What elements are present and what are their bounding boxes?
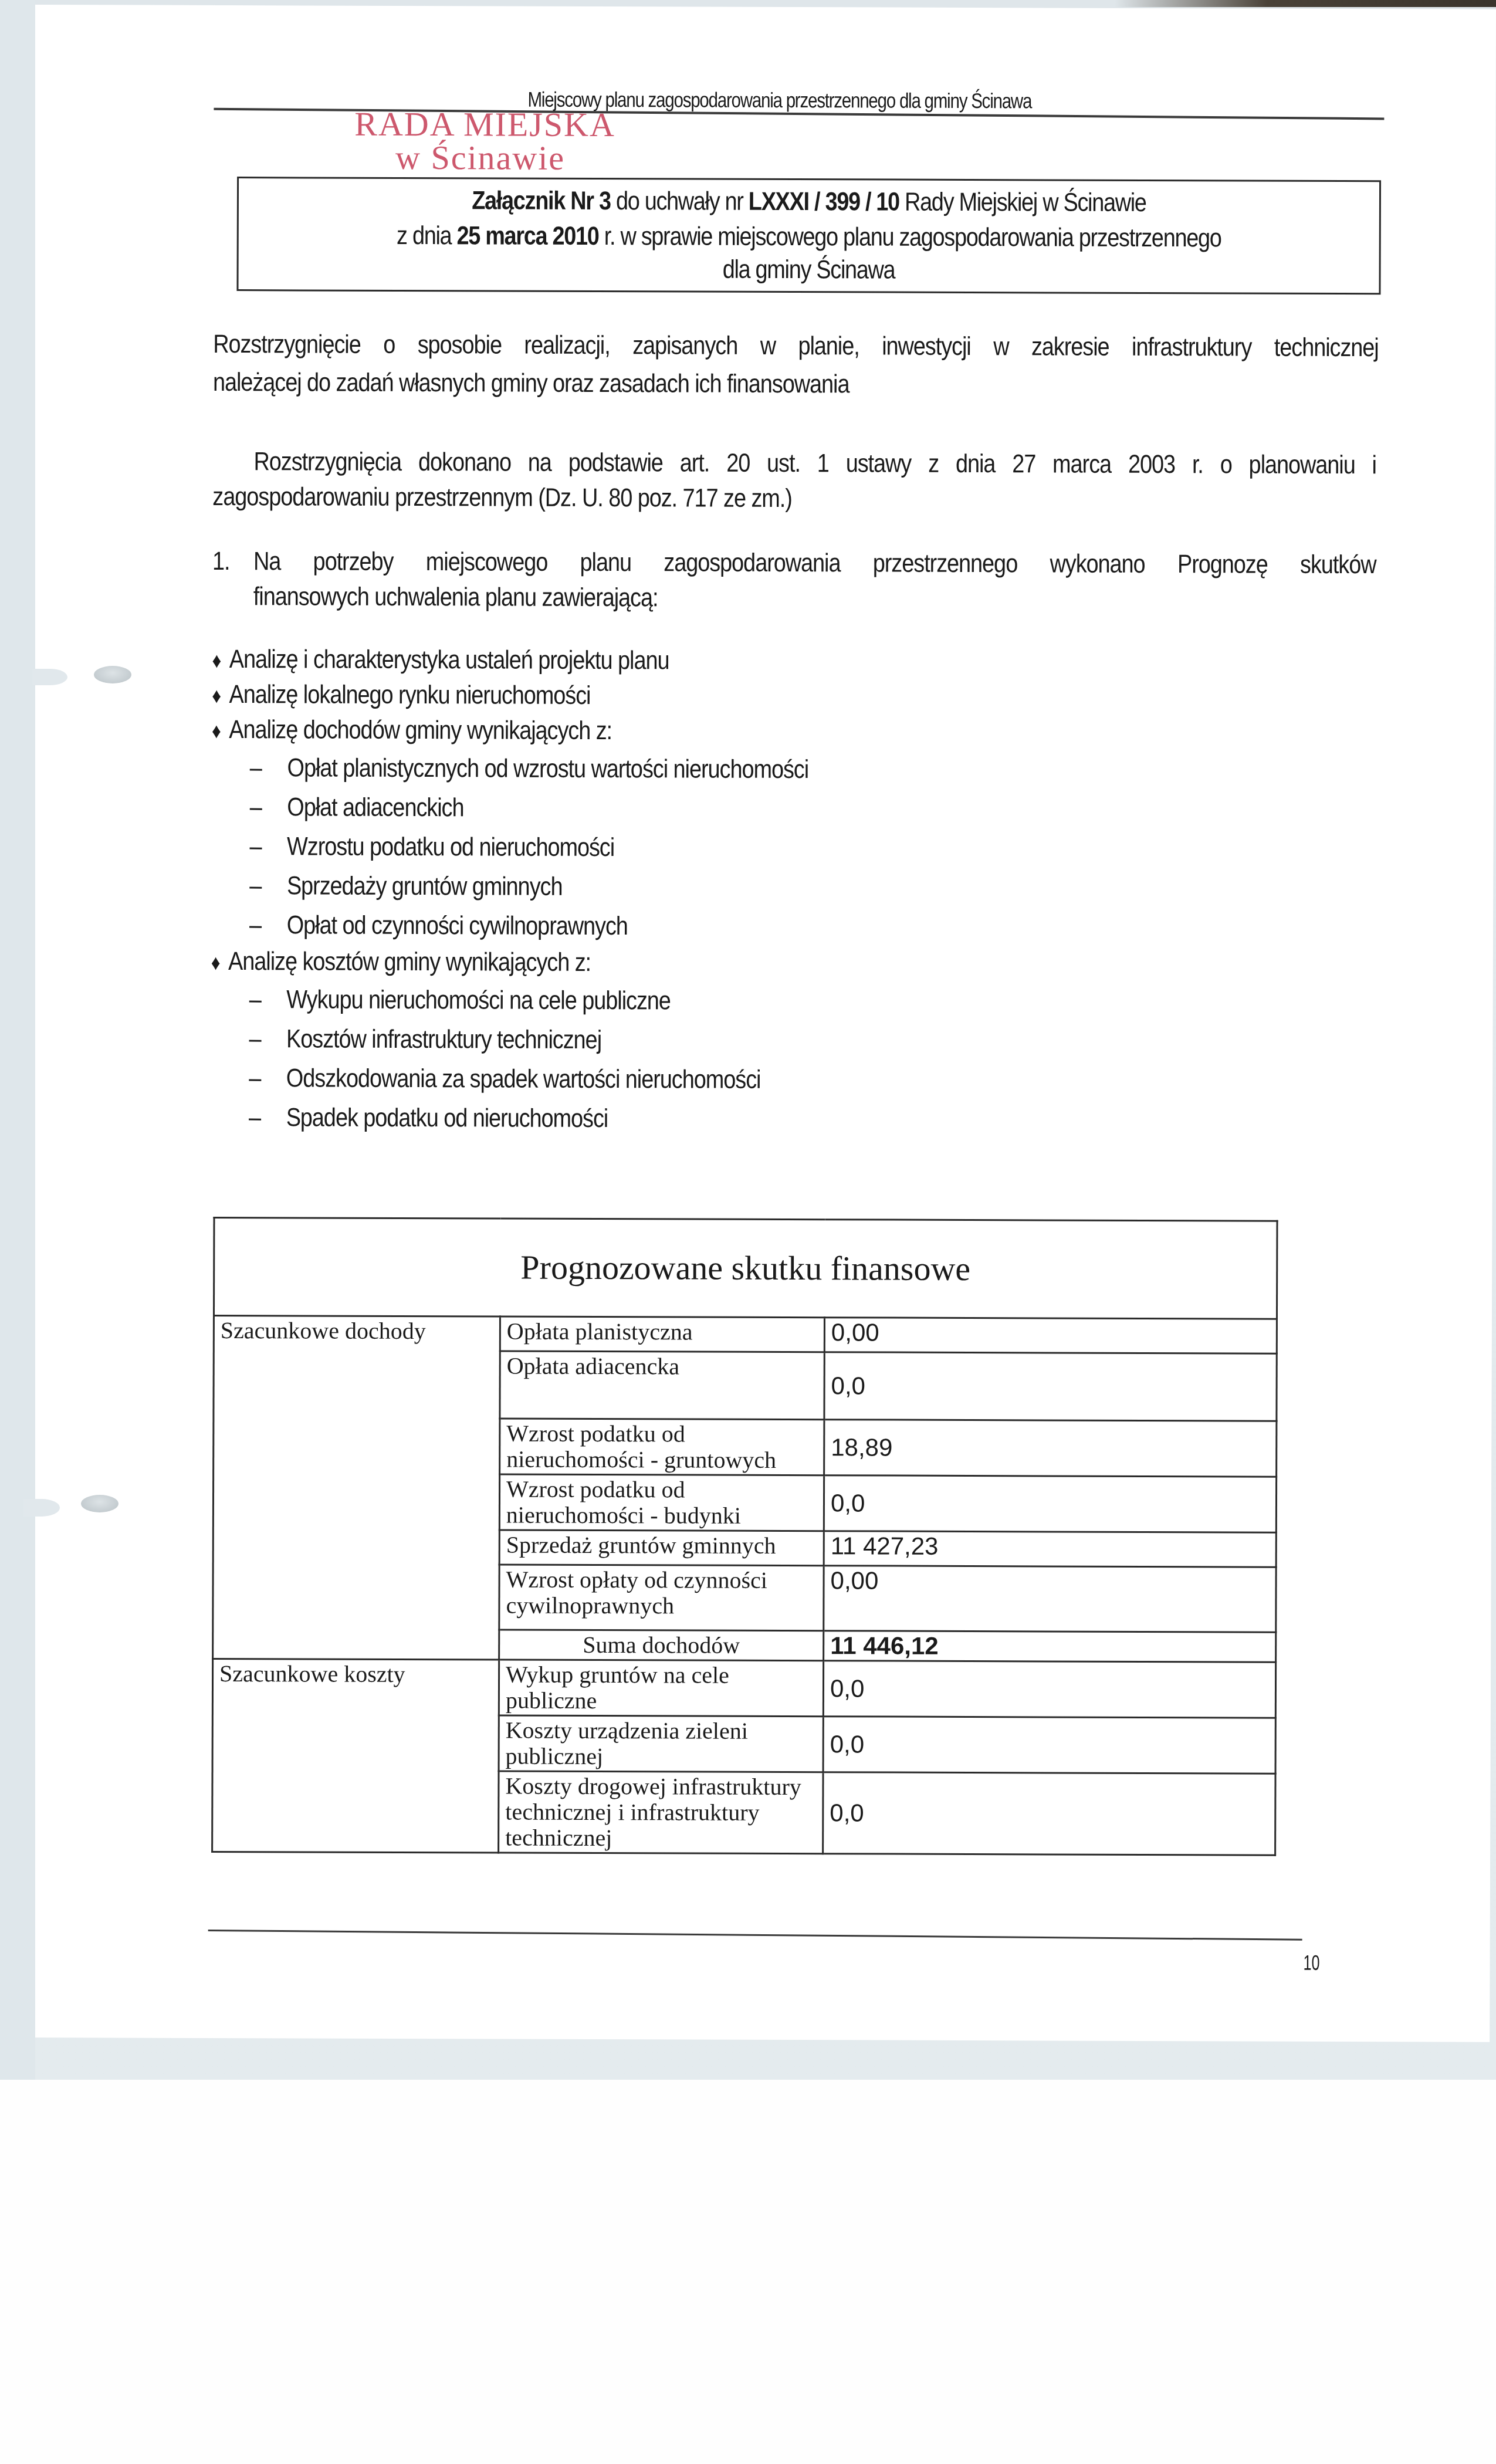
bullet-item: ♦Analizę lokalnego rynku nieruchomości [212,680,590,710]
sub-item-text: Opłat od czynności cywilnoprawnych [287,911,628,940]
sub-item: –Opłat od czynności cywilnoprawnych [249,911,628,941]
annex-text: z dnia [397,221,457,250]
annex-text: do uchwały nr [611,187,749,216]
council-stamp-line2: w Ścinawie [395,138,565,178]
sub-item-text: Kosztów infrastruktury technicznej [286,1024,601,1054]
row-value: 18,89 [824,1420,1277,1477]
sub-item: –Odszkodowania za spadek wartości nieruc… [249,1064,760,1095]
sub-item: –Sprzedaży gruntów gminnych [249,871,562,902]
bullet-text: Analizę dochodów gminy wynikających z: [229,715,612,745]
sub-item-text: Wzrostu podatku od nieruchomości [287,832,614,862]
row-value: 0,00 [824,1566,1276,1632]
bullet-text: Analizę i charakterystyka ustaleń projek… [229,645,669,675]
dash-bullet-icon: – [249,911,287,940]
sub-item-text: Wykupu nieruchomości na cele publiczne [286,985,671,1015]
legal-basis-line-2: zagospodarowaniu przestrzennym (Dz. U. 8… [212,478,792,518]
sub-item: –Kosztów infrastruktury technicznej [249,1024,601,1055]
resolution-number: LXXXI / 399 / 10 [749,187,899,216]
row-value: 0,0 [824,1352,1277,1421]
sub-item-text: Opłat planistycznych od wzrostu wartości… [287,753,808,784]
dash-bullet-icon: – [250,753,287,783]
diamond-bullet-icon: ♦ [212,683,229,708]
bullet-item: ♦Analizę i charakterystyka ustaleń proje… [212,645,669,675]
bullet-text: Analizę kosztów gminy wynikających z: [228,947,591,977]
resolution-date: 25 marca 2010 [456,221,598,251]
row-value: 11 427,23 [824,1531,1276,1567]
row-value: 0,0 [823,1717,1275,1773]
sub-item-text: Spadek podatku od nieruchomości [286,1103,608,1133]
income-sum-value: 11 446,12 [824,1631,1276,1662]
annex-line-3: dla gminy Ścinawa [319,254,1299,286]
document-page: Miejscowy planu zagospodarowania przestr… [29,5,1496,2042]
intro-line-2: należącej do zadań własnych gminy oraz z… [213,363,849,404]
punch-hole-2 [81,1495,119,1512]
punch-tab-2 [23,1499,60,1517]
table-row: Szacunkowe dochodyOpłata planistyczna0,0… [214,1315,1277,1353]
row-value: 0,0 [823,1772,1275,1855]
page-number: 10 [1303,1951,1319,1975]
diamond-bullet-icon: ♦ [211,950,228,975]
table-title: Prognozowane skutku finansowe [214,1217,1277,1319]
footer-rule [208,1930,1302,1941]
scan-edge-shadow [1115,0,1496,7]
dash-bullet-icon: – [249,1064,286,1093]
sub-item-text: Odszkodowania za spadek wartości nieruch… [286,1064,761,1094]
row-label: Wykup gruntów na cele publiczne [499,1660,823,1717]
annex-header-box: Załącznik Nr 3 do uchwały nr LXXXI / 399… [236,177,1381,295]
row-label: Koszty urządzenia zieleni publicznej [499,1715,823,1772]
dash-bullet-icon: – [250,793,287,822]
punch-tab-1 [32,669,67,685]
bullet-item: ♦Analizę kosztów gminy wynikających z: [211,947,591,977]
sub-item: –Wzrostu podatku od nieruchomości [249,832,614,862]
sub-item: –Opłat adiacenckich [250,793,464,823]
sub-item-text: Opłat adiacenckich [287,793,463,822]
dash-bullet-icon: – [249,871,287,901]
financial-effects-table: Prognozowane skutku finansowe Szacunkowe… [211,1217,1278,1856]
sub-item: –Opłat planistycznych od wzrostu wartośc… [250,753,808,784]
annex-line-1: Załącznik Nr 3 do uchwały nr LXXXI / 399… [319,186,1299,218]
cost-category-cell: Szacunkowe koszty [212,1659,499,1853]
annex-line-2: z dnia 25 marca 2010 r. w sprawie miejsc… [319,221,1299,253]
row-value: 0,0 [823,1661,1275,1718]
sub-item: –Spadek podatku od nieruchomości [249,1103,608,1133]
row-label: Opłata planistyczna [500,1316,824,1352]
table-title-row: Prognozowane skutku finansowe [214,1217,1277,1319]
row-label: Wzrost podatku od nieruchomości - grunto… [500,1419,824,1475]
row-value: 0,0 [824,1475,1276,1532]
income-sum-label: Suma dochodów [499,1630,824,1661]
dash-bullet-icon: – [249,1024,286,1054]
diamond-bullet-icon: ♦ [212,719,229,743]
bullet-item: ♦Analizę dochodów gminy wynikających z: [212,715,612,746]
dash-bullet-icon: – [249,1103,286,1132]
row-label: Koszty drogowej infrastruktury techniczn… [499,1771,823,1854]
diamond-bullet-icon: ♦ [212,648,229,673]
bullet-text: Analizę lokalnego rynku nieruchomości [229,680,590,710]
sub-item-text: Sprzedaży gruntów gminnych [287,871,563,901]
row-label: Sprzedaż gruntów gminnych [499,1530,824,1566]
dash-bullet-icon: – [249,985,287,1014]
annex-text: Rady Miejskiej w Ścinawie [899,188,1146,217]
punch-hole-1 [94,666,131,683]
row-label: Wzrost podatku od nieruchomości - budynk… [499,1474,824,1531]
sub-item: –Wykupu nieruchomości na cele publiczne [249,985,671,1016]
annex-number: Załącznik Nr 3 [472,186,611,215]
table-row: Szacunkowe kosztyWykup gruntów na cele p… [212,1659,1275,1718]
point-number: 1. [212,542,230,581]
point-line-2: finansowych uchwalenia planu zawierającą… [253,577,658,617]
intro-line-1: Rozstrzygnięcie o sposobie realizacji, z… [213,325,1379,367]
binder-strip [0,0,35,2080]
annex-text: r. w sprawie miejscowego planu zagospoda… [598,222,1221,252]
row-label: Wzrost opłaty od czynności cywilnoprawny… [499,1565,824,1631]
dash-bullet-icon: – [249,832,287,861]
row-value: 0,00 [824,1318,1277,1353]
income-category-cell: Szacunkowe dochody [213,1315,500,1660]
row-label: Opłata adiacencka [500,1351,824,1420]
